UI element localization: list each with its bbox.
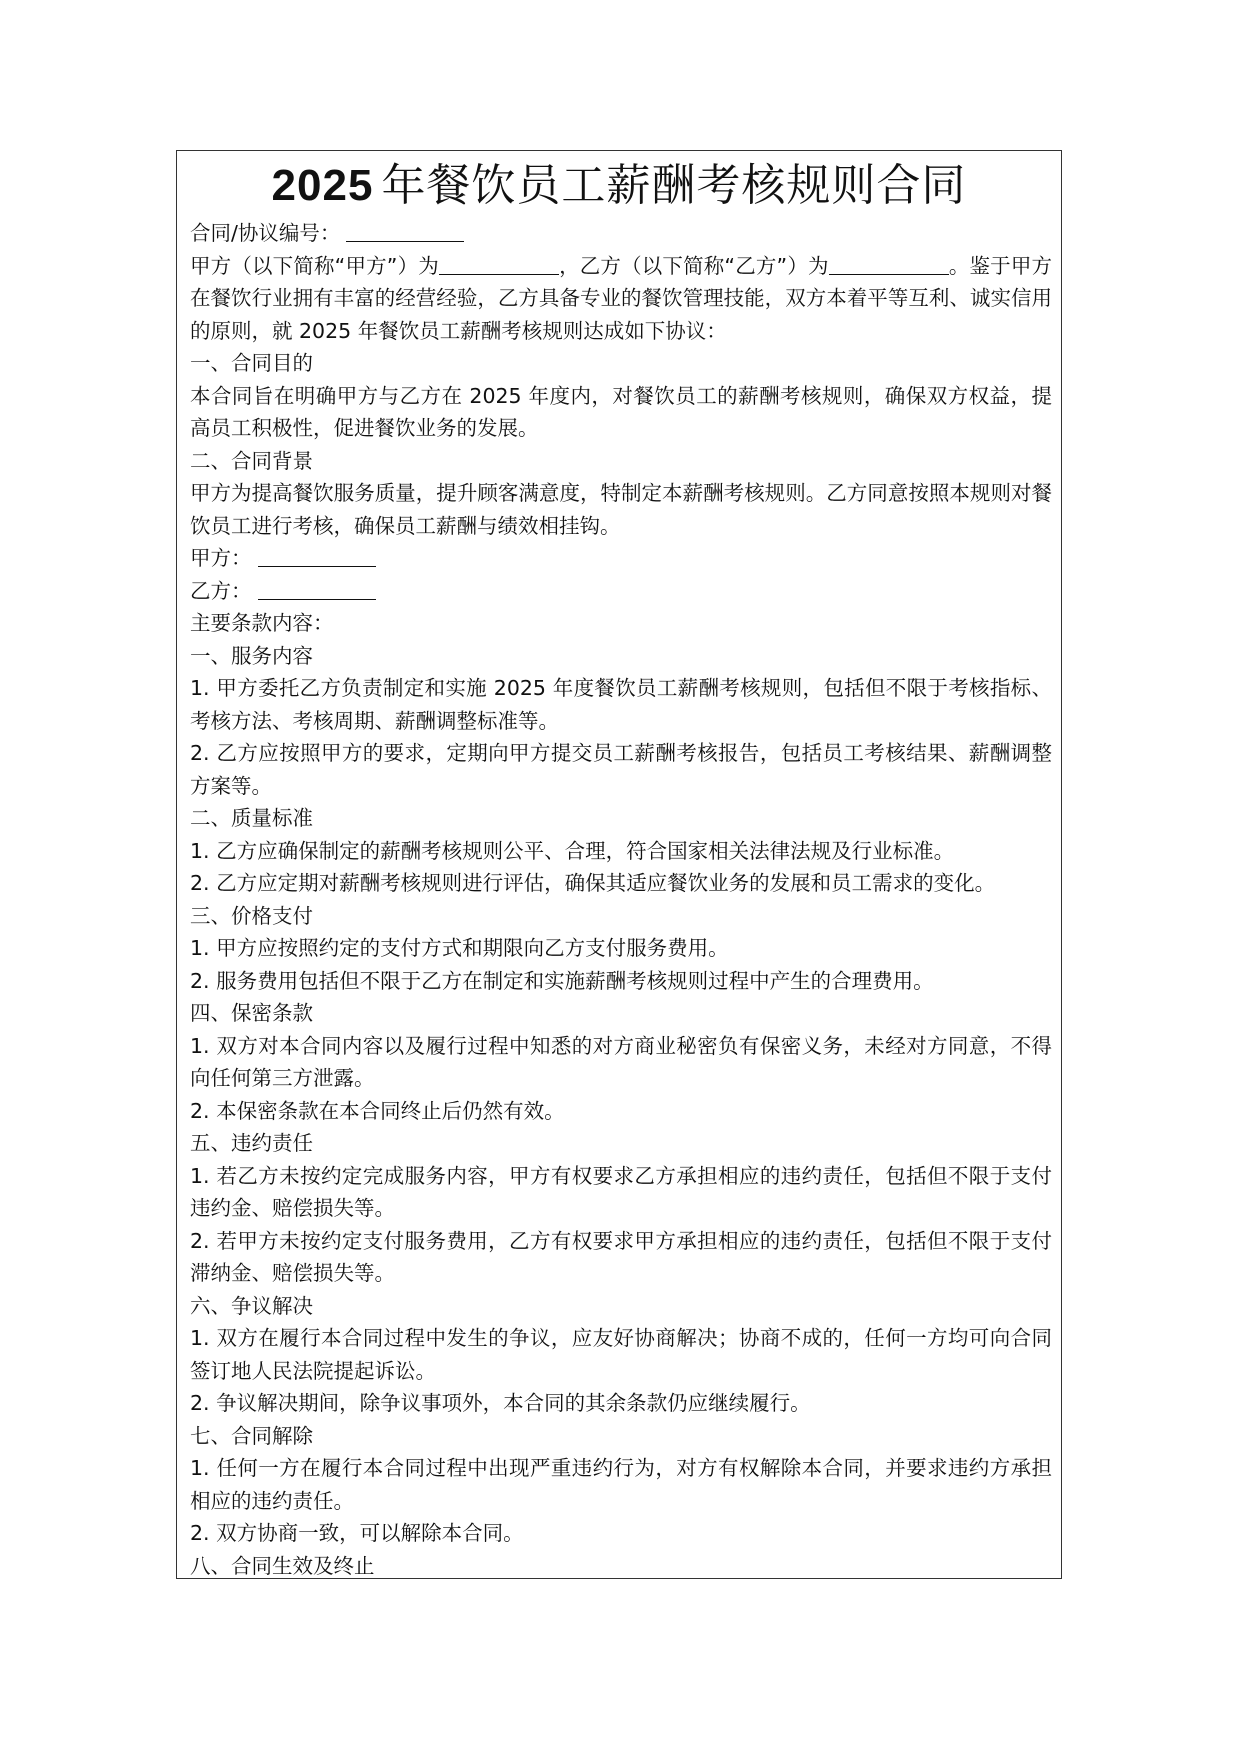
contract-document: 2025年餐饮员工薪酬考核规则合同 合同/协议编号： 甲方（以下简称“甲方”）为… [176, 150, 1062, 1579]
term-item: 1. 双方对本合同内容以及履行过程中知悉的对方商业秘密负有保密义务，未经对方同意… [190, 1030, 1052, 1095]
term-item: 2. 服务费用包括但不限于乙方在制定和实施薪酬考核规则过程中产生的合理费用。 [190, 965, 1052, 998]
term-item: 2. 本保密条款在本合同终止后仍然有效。 [190, 1095, 1052, 1128]
title-text: 年餐饮员工薪酬考核规则合同 [381, 160, 966, 211]
party-a-signature-blank[interactable] [258, 544, 376, 567]
contract-number-line: 合同/协议编号： [190, 217, 1052, 250]
term-item: 1. 双方在履行本合同过程中发生的争议，应友好协商解决；协商不成的，任何一方均可… [190, 1322, 1052, 1387]
parties-intro-part-a: 甲方（以下简称“甲方”）为 [190, 254, 439, 278]
party-b-signature-blank[interactable] [258, 577, 376, 600]
party-a-label: 甲方： [190, 546, 252, 570]
term-heading: 五、违约责任 [190, 1127, 1052, 1160]
party-a-signature-line: 甲方： [190, 542, 1052, 575]
term-item: 1. 乙方应确保制定的薪酬考核规则公平、合理，符合国家相关法律法规及行业标准。 [190, 835, 1052, 868]
term-heading: 一、服务内容 [190, 640, 1052, 673]
party-b-label: 乙方： [190, 579, 252, 603]
term-item: 1. 甲方委托乙方负责制定和实施 2025 年度餐饮员工薪酬考核规则，包括但不限… [190, 672, 1052, 737]
section-paragraph: 甲方为提高餐饮服务质量，提升顾客满意度，特制定本薪酬考核规则。乙方同意按照本规则… [190, 477, 1052, 542]
main-terms-label: 主要条款内容： [190, 607, 1052, 640]
section-heading: 一、合同目的 [190, 347, 1052, 380]
term-item: 2. 争议解决期间，除争议事项外，本合同的其余条款仍应继续履行。 [190, 1387, 1052, 1420]
term-heading: 四、保密条款 [190, 997, 1052, 1030]
document-title: 2025年餐饮员工薪酬考核规则合同 [177, 151, 1061, 215]
term-item: 2. 乙方应按照甲方的要求，定期向甲方提交员工薪酬考核报告，包括员工考核结果、薪… [190, 737, 1052, 802]
contract-number-label: 合同/协议编号： [190, 221, 340, 245]
term-heading: 六、争议解决 [190, 1290, 1052, 1323]
contract-number-blank[interactable] [346, 219, 464, 242]
term-item: 2. 若甲方未按约定支付服务费用，乙方有权要求甲方承担相应的违约责任，包括但不限… [190, 1225, 1052, 1290]
term-heading: 二、质量标准 [190, 802, 1052, 835]
section-heading: 二、合同背景 [190, 445, 1052, 478]
title-year: 2025 [272, 161, 374, 210]
term-heading: 七、合同解除 [190, 1420, 1052, 1453]
term-item: 1. 若乙方未按约定完成服务内容，甲方有权要求乙方承担相应的违约责任，包括但不限… [190, 1160, 1052, 1225]
party-b-name-blank[interactable] [829, 252, 949, 275]
term-item: 1. 任何一方在履行本合同过程中出现严重违约行为，对方有权解除本合同，并要求违约… [190, 1452, 1052, 1517]
term-heading: 三、价格支付 [190, 900, 1052, 933]
term-item: 1. 甲方应按照约定的支付方式和期限向乙方支付服务费用。 [190, 932, 1052, 965]
term-item: 2. 乙方应定期对薪酬考核规则进行评估，确保其适应餐饮业务的发展和员工需求的变化… [190, 867, 1052, 900]
document-body: 合同/协议编号： 甲方（以下简称“甲方”）为，乙方（以下简称“乙方”）为。鉴于甲… [177, 215, 1061, 1582]
party-a-name-blank[interactable] [439, 252, 559, 275]
party-b-signature-line: 乙方： [190, 575, 1052, 608]
term-heading: 八、合同生效及终止 [190, 1550, 1052, 1583]
parties-intro-part-b: ，乙方（以下简称“乙方”）为 [559, 254, 829, 278]
section-paragraph: 本合同旨在明确甲方与乙方在 2025 年度内，对餐饮员工的薪酬考核规则，确保双方… [190, 380, 1052, 445]
term-item: 2. 双方协商一致，可以解除本合同。 [190, 1517, 1052, 1550]
parties-intro: 甲方（以下简称“甲方”）为，乙方（以下简称“乙方”）为。鉴于甲方在餐饮行业拥有丰… [190, 250, 1052, 348]
